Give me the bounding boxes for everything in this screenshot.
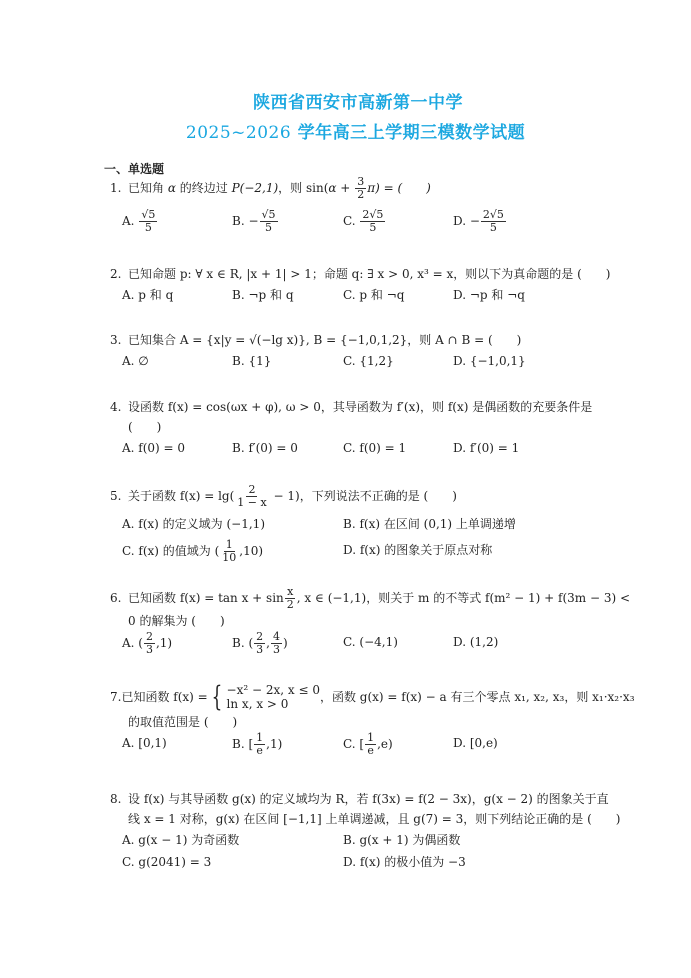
option-d[interactable]: D. {−1,0,1} — [453, 350, 526, 372]
denominator: e — [365, 745, 376, 757]
option-a[interactable]: A. [0,1) — [122, 732, 167, 754]
stem-text: 关于函数 f(x) = lg( — [128, 489, 234, 503]
stem-text: 已知角 — [128, 181, 168, 195]
option-text: B. ( — [232, 636, 253, 650]
stem-text: 已知命题 p: ∀ x ∈ R, |x + 1| > 1；命题 q: ∃ x >… — [128, 267, 610, 281]
option-label: C. — [343, 214, 356, 228]
option-text: C. [ — [343, 737, 364, 751]
fraction: 1e — [365, 732, 376, 757]
option-d[interactable]: D. f(x) 的图象关于原点对称 — [343, 539, 492, 561]
fraction: 2√55 — [360, 209, 385, 234]
denominator: 5 — [367, 222, 378, 234]
piece-1: −x² − 2x, x ≤ 0 — [227, 683, 320, 697]
question-number: 3. — [110, 330, 128, 350]
question-number: 6. — [110, 588, 128, 608]
fraction: 32 — [355, 176, 366, 201]
option-a[interactable]: A. g(x − 1) 为奇函数 — [122, 829, 239, 851]
question-stem-continued: 的取值范围是 ( ) — [110, 712, 610, 732]
denominator: 3 — [271, 644, 282, 656]
question-stem: 1.已知角 α 的终边过 P(−2,1)，则 sin(α + 32π) = ( … — [110, 176, 610, 201]
question-stem: 6.已知函数 f(x) = tan x + sinx2, x ∈ (−1,1)，… — [110, 586, 610, 611]
fraction: 110 — [220, 539, 238, 564]
fraction: 23 — [254, 631, 265, 656]
question-1: 1.已知角 α 的终边过 P(−2,1)，则 sin(α + 32π) = ( … — [110, 176, 610, 239]
exam-subtitle: 学年高三上学期三模数学试题 — [291, 123, 525, 143]
option-c[interactable]: C. g(2041) = 3 — [122, 851, 211, 873]
left-brace: { — [211, 683, 222, 711]
option-a[interactable]: A. √55 — [122, 209, 158, 234]
fraction: 21 − x — [235, 484, 268, 509]
option-text: ,1) — [156, 636, 172, 650]
option-d[interactable]: D. [0,e) — [453, 732, 498, 754]
exam-year: 2025~2026 — [186, 123, 291, 143]
option-c[interactable]: C. [1e,e) — [343, 732, 393, 757]
question-number: 1. — [110, 178, 128, 198]
option-text: ,10) — [239, 544, 263, 558]
denominator: 2 — [285, 599, 296, 611]
stem-text: ，函数 g(x) = f(x) − a 有三个零点 x₁, x₂, x₃，则 x… — [320, 687, 635, 707]
option-c[interactable]: C. f(0) = 1 — [343, 437, 406, 459]
option-a[interactable]: A. p 和 q — [122, 284, 173, 306]
option-b[interactable]: B. g(x + 1) 为偶函数 — [343, 829, 460, 851]
option-b[interactable]: B. f′(0) = 0 — [232, 437, 298, 459]
stem-text: ，则 sin( — [278, 181, 328, 195]
fraction: √55 — [260, 209, 278, 234]
denominator: 3 — [144, 644, 155, 656]
question-7: 7.已知函数 f(x) = {−x² − 2x, x ≤ 0ln x, x > … — [110, 682, 610, 762]
fraction: 1e — [254, 732, 265, 757]
question-stem: 4.设函数 f(x) = cos(ωx + φ), ω > 0，其导函数为 f′… — [110, 397, 610, 417]
fraction: 43 — [271, 631, 282, 656]
denominator: 5 — [263, 222, 274, 234]
question-4: 4.设函数 f(x) = cos(ωx + φ), ω > 0，其导函数为 f′… — [110, 397, 610, 463]
question-8: 8.设 f(x) 与其导函数 g(x) 的定义域均为 R，若 f(3x) = f… — [110, 789, 610, 873]
stem-text: 设函数 f(x) = cos(ωx + φ), ω > 0，其导函数为 f′(x… — [128, 400, 592, 414]
exam-title-school: 陕西省西安市高新第一中学 — [0, 88, 691, 113]
option-text: B. [ — [232, 737, 253, 751]
option-d[interactable]: D. f(x) 的极小值为 −3 — [343, 851, 466, 873]
stem-text: 已知集合 A = {x|y = √(−lg x)}, B = {−1,0,1,2… — [128, 333, 521, 347]
fraction: 2√55 — [481, 209, 506, 234]
option-c[interactable]: C. f(x) 的值域为 (110,10) — [122, 539, 263, 564]
denominator: e — [254, 745, 265, 757]
option-a[interactable]: A. f(0) = 0 — [122, 437, 185, 459]
option-d[interactable]: D. f′(0) = 1 — [453, 437, 519, 459]
option-text: C. f(x) 的值域为 ( — [122, 544, 219, 558]
question-number: 8. — [110, 789, 128, 809]
option-c[interactable]: C. 2√55 — [343, 209, 386, 234]
option-b[interactable]: B. ¬p 和 q — [232, 284, 294, 306]
option-d[interactable]: D. ¬p 和 ¬q — [453, 284, 525, 306]
option-d[interactable]: D. (1,2) — [453, 631, 498, 653]
stem-text: − 1)，下列说法不正确的是 ( ) — [270, 489, 457, 503]
option-text: ) — [283, 636, 288, 650]
question-stem: 3.已知集合 A = {x|y = √(−lg x)}, B = {−1,0,1… — [110, 330, 610, 350]
question-stem: 7.已知函数 f(x) = {−x² − 2x, x ≤ 0ln x, x > … — [110, 682, 610, 712]
option-b[interactable]: B. {1} — [232, 350, 271, 372]
option-b[interactable]: B. [1e,1) — [232, 732, 282, 757]
option-a[interactable]: A. ∅ — [122, 350, 149, 372]
question-3: 3.已知集合 A = {x|y = √(−lg x)}, B = {−1,0,1… — [110, 330, 610, 376]
option-text: ,1) — [266, 737, 282, 751]
option-label: B. — [232, 214, 245, 228]
stem-text: π) = ( ) — [367, 181, 431, 195]
exam-title-subject: 2025~2026 学年高三上学期三模数学试题 — [0, 118, 691, 143]
question-stem: 2.已知命题 p: ∀ x ∈ R, |x + 1| > 1；命题 q: ∃ x… — [110, 264, 610, 284]
sign: − — [248, 214, 258, 228]
question-number: 5. — [110, 486, 128, 506]
question-stem-continued: 0 的解集为 ( ) — [110, 611, 610, 631]
option-d[interactable]: D. −2√55 — [453, 209, 507, 234]
fraction: x2 — [285, 586, 296, 611]
stem-text: 的终边过 — [176, 181, 232, 195]
denominator: 2 — [355, 189, 366, 201]
sign: − — [470, 214, 480, 228]
option-a[interactable]: A. (23,1) — [122, 631, 172, 656]
section-heading: 一、单选题 — [104, 160, 164, 177]
option-a[interactable]: A. f(x) 的定义域为 (−1,1) — [122, 513, 265, 535]
fraction: 23 — [144, 631, 155, 656]
question-stem: 5.关于函数 f(x) = lg(21 − x − 1)，下列说法不正确的是 (… — [110, 484, 610, 509]
option-c[interactable]: C. (−4,1) — [343, 631, 398, 653]
stem-text: α + — [328, 181, 354, 195]
denominator: 5 — [143, 222, 154, 234]
piece-2: ln x, x > 0 — [227, 697, 320, 711]
question-number: 4. — [110, 397, 128, 417]
option-text: ,e) — [377, 737, 393, 751]
stem-text: 已知函数 f(x) = — [121, 687, 207, 707]
option-label: A. — [122, 214, 134, 228]
option-text: A. ( — [122, 636, 143, 650]
question-stem-continued: 线 x = 1 对称，g(x) 在区间 [−1,1] 上单调递减，且 g(7) … — [110, 809, 610, 829]
question-5: 5.关于函数 f(x) = lg(21 − x − 1)，下列说法不正确的是 (… — [110, 484, 610, 565]
option-c[interactable]: C. {1,2} — [343, 350, 394, 372]
option-b[interactable]: B. (23,43) — [232, 631, 288, 656]
question-2: 2.已知命题 p: ∀ x ∈ R, |x + 1| > 1；命题 q: ∃ x… — [110, 264, 610, 310]
option-b[interactable]: B. f(x) 在区间 (0,1) 上单调递增 — [343, 513, 516, 535]
option-label: D. — [453, 214, 466, 228]
stem-point: P(−2,1) — [232, 181, 279, 195]
option-b[interactable]: B. −√55 — [232, 209, 279, 234]
stem-var: α — [168, 181, 176, 195]
stem-text: 已知函数 f(x) = tan x + sin — [128, 591, 284, 605]
question-number: 2. — [110, 264, 128, 284]
question-6: 6.已知函数 f(x) = tan x + sinx2, x ∈ (−1,1)，… — [110, 586, 610, 661]
denominator: 3 — [254, 644, 265, 656]
stem-text: , x ∈ (−1,1)，则关于 m 的不等式 f(m² − 1) + f(3m… — [297, 591, 630, 605]
denominator: 10 — [220, 552, 238, 564]
fraction: √55 — [139, 209, 157, 234]
denominator: 1 − x — [235, 497, 268, 509]
question-number: 7. — [110, 687, 121, 707]
question-stem: 8.设 f(x) 与其导函数 g(x) 的定义域均为 R，若 f(3x) = f… — [110, 789, 610, 809]
option-c[interactable]: C. p 和 ¬q — [343, 284, 404, 306]
stem-text: 设 f(x) 与其导函数 g(x) 的定义域均为 R，若 f(3x) = f(2… — [128, 792, 609, 806]
denominator: 5 — [488, 222, 499, 234]
question-stem-continued: ( ) — [110, 417, 610, 437]
piecewise-function: {−x² − 2x, x ≤ 0ln x, x > 0 — [208, 683, 320, 711]
